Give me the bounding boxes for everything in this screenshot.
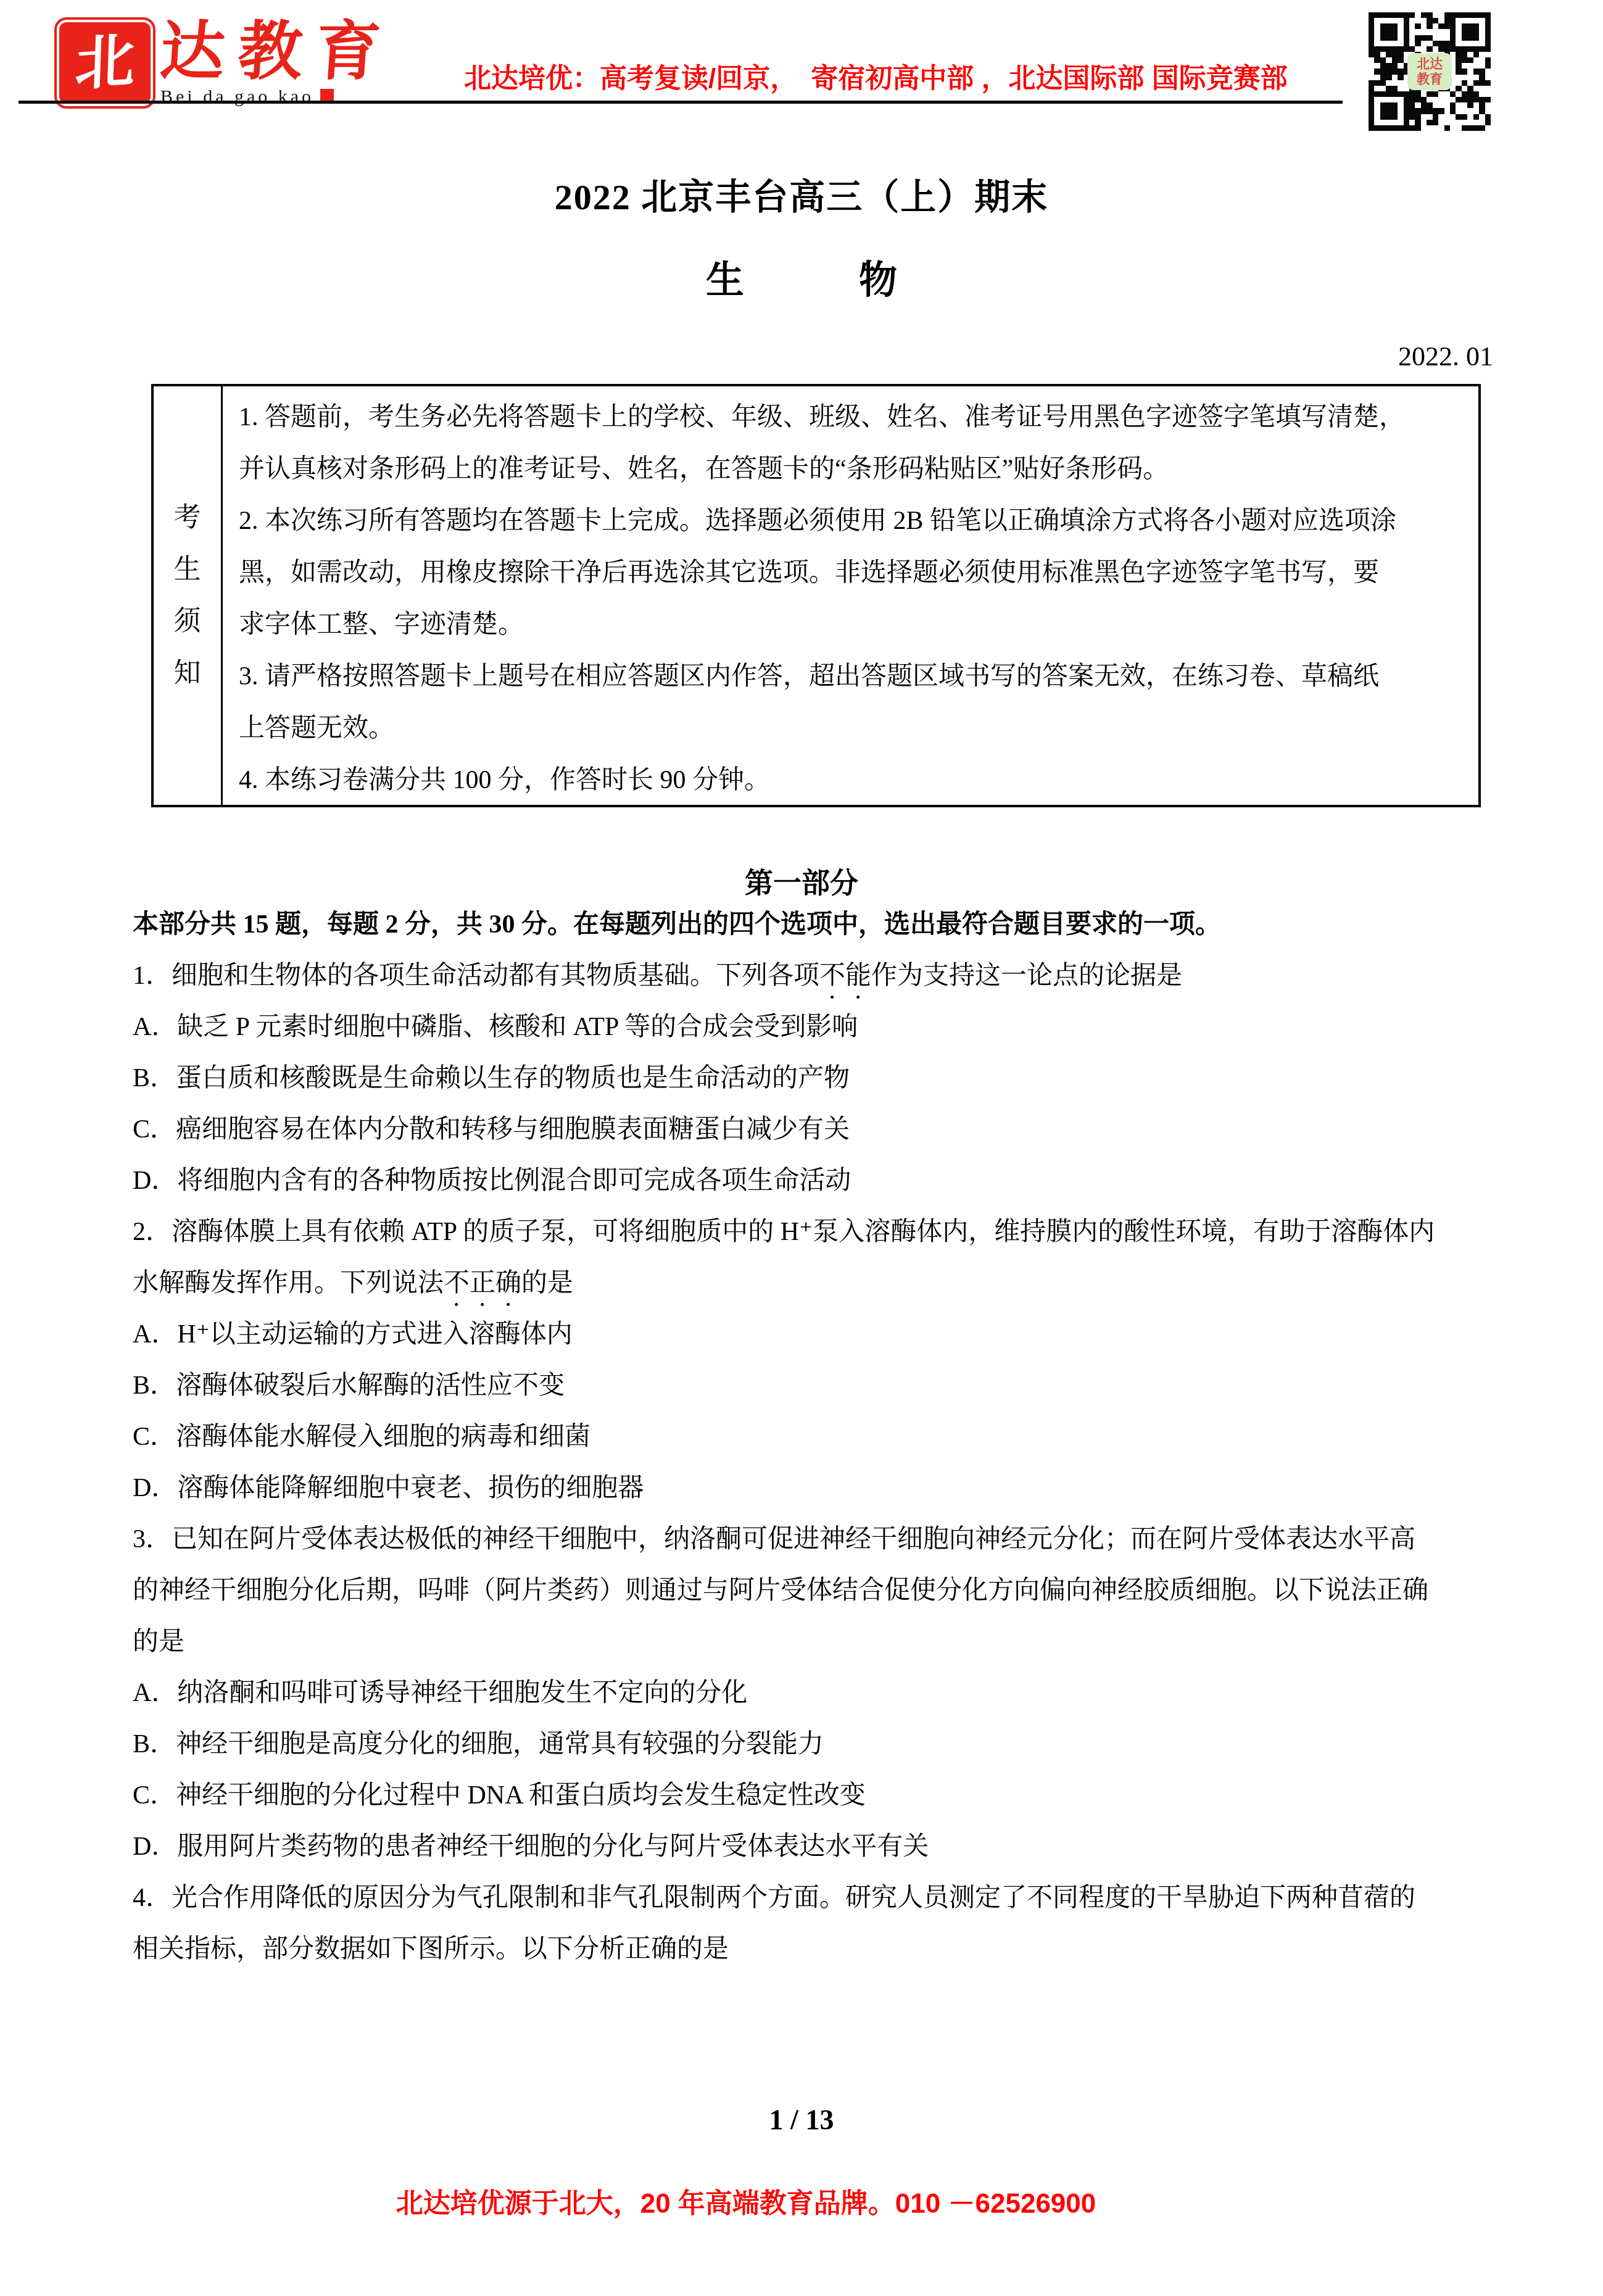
qr-module [1467,86,1473,91]
qr-module [1427,12,1432,18]
qr-module [1473,46,1479,52]
qr-module [1415,35,1420,41]
qr-module [1392,52,1398,57]
qr-module [1473,52,1479,57]
qr-module [1369,23,1374,29]
text-segment: 1．细胞和生物体的各项生命活动都有其物质基础。下列各项 [133,962,819,990]
qr-module [1444,35,1450,41]
qr-module [1479,57,1485,63]
qr-module [1479,120,1485,125]
question-line: 4．光合作用降低的原因分为气孔限制和非气孔限制两个方面。研究人员测定了不同程度的… [133,1873,1517,1924]
qr-module [1438,23,1444,29]
text-segment: D．服用阿片类药物的患者神经干细胞的分化与阿片受体表达水平有关 [133,1832,929,1861]
qr-module [1427,97,1432,102]
text-segment: A．H⁺以主动运输的方式进入溶酶体内 [133,1320,573,1349]
qr-module [1473,57,1479,63]
notice-line: 2. 本次练习所有答题均在答题卡上完成。选择题必须使用 2B 铅笔以正确填涂方式… [239,495,1464,547]
qr-module [1485,35,1491,41]
qr-module [1427,18,1432,23]
header-divider [19,101,1343,104]
question-line: 2．溶酶体膜上具有依赖 ATP 的质子泵，可将细胞质中的 H⁺泵入溶酶体内，维持… [133,1207,1517,1258]
qr-module [1427,35,1432,41]
qr-module [1467,69,1473,74]
qr-module [1433,41,1438,46]
qr-module [1398,35,1403,41]
qr-module [1421,125,1427,131]
qr-module [1467,12,1473,18]
question-line: A．缺乏 P 元素时细胞中磷脂、核酸和 ATP 等的合成会受到影响 [133,1002,1517,1053]
notice-line: 求字体工整、字迹清楚。 [239,599,1464,651]
qr-module [1392,102,1398,108]
qr-module [1374,23,1380,29]
qr-module [1462,120,1467,125]
qr-module [1369,52,1374,57]
qr-module [1479,23,1485,29]
notice-line: 并认真核对条形码上的准考证号、姓名，在答题卡的“条形码粘贴区”贴好条形码。 [239,443,1464,495]
qr-module [1462,75,1467,80]
qr-module [1398,63,1403,69]
subject-title: 生 物 [0,249,1603,304]
qr-module [1374,120,1380,125]
qr-module [1450,114,1456,120]
qr-module [1479,97,1485,102]
qr-module [1456,63,1461,69]
qr-module [1409,120,1415,125]
qr-module [1462,57,1467,63]
qr-module [1467,63,1473,69]
qr-module [1444,46,1450,52]
qr-module [1467,52,1473,57]
question-line: B．蛋白质和核酸既是生命赖以生存的物质也是生命活动的产物 [133,1053,1517,1104]
qr-module [1409,41,1415,46]
qr-module [1369,29,1374,35]
qr-module [1398,18,1403,23]
question-line: C．癌细胞容易在体内分散和转移与细胞膜表面糖蛋白减少有关 [133,1104,1517,1155]
qr-module [1404,23,1409,29]
qr-module [1473,35,1479,41]
qr-module [1392,75,1398,80]
qr-module [1479,35,1485,41]
qr-module [1415,108,1420,114]
qr-module [1374,52,1380,57]
qr-module [1369,125,1374,131]
qr-module [1404,35,1409,41]
qr-module [1456,97,1461,102]
qr-module [1427,46,1432,52]
qr-module [1392,46,1398,52]
qr-module [1386,97,1391,102]
exam-date: 2022. 01 [1398,341,1493,372]
qr-module [1404,120,1409,125]
qr-module [1386,102,1391,108]
beida-logo: 北 达教育 Bei da gao kao [59,22,394,107]
qr-module [1404,108,1409,114]
qr-module [1444,41,1450,46]
qr-module [1374,86,1380,91]
qr-module [1479,80,1485,86]
qr-module [1386,125,1391,131]
qr-module [1456,86,1461,91]
question-line: A．纳洛酮和吗啡可诱导神经干细胞发生不定向的分化 [133,1668,1517,1719]
qr-module [1380,86,1386,91]
qr-module [1462,52,1467,57]
qr-module [1409,12,1415,18]
qr-module [1433,18,1438,23]
qr-module [1456,80,1461,86]
qr-module [1392,80,1398,86]
qr-module [1374,75,1380,80]
qr-module [1467,23,1473,29]
qr-module [1374,18,1380,23]
qr-module [1369,75,1374,80]
qr-module [1433,120,1438,125]
qr-module [1386,46,1391,52]
qr-module [1427,41,1432,46]
header-slogan: 北达培优：高考复读/回京， 寄宿初高中部 ，北达国际部 国际竞赛部 [464,64,1328,94]
qr-module [1421,23,1427,29]
qr-module [1485,86,1491,91]
qr-module [1450,120,1456,125]
qr-module [1433,23,1438,29]
notice-line: 4. 本练习卷满分共 100 分，作答时长 90 分钟。 [239,754,1464,806]
qr-module [1369,108,1374,114]
qr-module [1444,12,1450,18]
qr-module [1462,18,1467,23]
qr-module [1409,35,1415,41]
qr-module [1369,12,1374,18]
qr-module [1479,125,1485,131]
qr-module [1392,29,1398,35]
qr-module [1392,12,1398,18]
question-line: 水解酶发挥作用。下列说法不正确的是 [133,1258,1517,1309]
section-intro: 本部分共 15 题，每题 2 分，共 30 分。在每题列出的四个选项中，选出最符… [133,907,1221,942]
qr-module [1467,97,1473,102]
notice-side-char: 考 [174,504,201,531]
qr-module [1479,86,1485,91]
qr-module [1369,120,1374,125]
qr-module [1479,18,1485,23]
qr-module [1456,29,1461,35]
qr-module [1380,91,1386,97]
qr-module [1462,80,1467,86]
qr-module [1392,23,1398,29]
qr-module [1485,125,1491,131]
text-segment: 作为支持这一论点的论据是 [871,962,1182,990]
qr-module [1450,108,1456,114]
qr-module [1438,46,1444,52]
qr-module [1415,46,1420,52]
qr-module [1456,46,1461,52]
notice-line: 黑，如需改动，用橡皮擦除干净后再选涂其它选项。非选择题必须使用标准黑色字迹签字笔… [239,547,1464,599]
qr-module [1386,63,1391,69]
qr-module [1398,46,1403,52]
qr-module [1450,125,1456,131]
qr-module [1485,75,1491,80]
qr-module [1479,91,1485,97]
qr-module [1450,102,1456,108]
qr-module [1444,102,1450,108]
qr-module [1369,80,1374,86]
qr-module [1473,97,1479,102]
qr-module [1462,35,1467,41]
qr-module [1485,29,1491,35]
qr-module [1409,29,1415,35]
notice-line: 3. 请严格按照答题卡上题号在相应答题区内作答，超出答题区域书写的答案无效，在练… [239,651,1464,702]
question-line: C．溶酶体能水解侵入细胞的病毒和细菌 [133,1412,1517,1463]
logo-pinyin: Bei da gao kao [160,86,394,107]
qr-module [1444,97,1450,102]
qr-module [1380,69,1386,74]
logo-pinyin-text: Bei da gao kao [160,86,314,107]
qr-module [1485,102,1491,108]
qr-module [1479,12,1485,18]
qr-module [1380,52,1386,57]
qr-module [1386,69,1391,74]
qr-module [1398,80,1403,86]
qr-module [1386,23,1391,29]
emphasized-text: 不正确 [444,1269,521,1297]
qr-module [1415,23,1420,29]
qr-module [1438,35,1444,41]
notice-side-char: 生 [174,556,201,583]
qr-module [1438,108,1444,114]
qr-module [1380,125,1386,131]
qr-module [1369,114,1374,120]
qr-module [1386,29,1391,35]
qr-module [1462,114,1467,120]
text-segment: C．癌细胞容易在体内分散和转移与细胞膜表面糖蛋白减少有关 [133,1115,850,1144]
qr-module [1386,114,1391,120]
question-line: 1．细胞和生物体的各项生命活动都有其物质基础。下列各项不能作为支持这一论点的论据… [133,950,1517,1002]
qr-module [1456,12,1461,18]
qr-module [1369,18,1374,23]
qr-module [1392,86,1398,91]
qr-module [1450,23,1456,29]
qr-module [1473,120,1479,125]
qr-module [1456,75,1461,80]
qr-module [1409,23,1415,29]
qr-module [1427,29,1432,35]
qr-module [1380,18,1386,23]
qr-module [1456,69,1461,74]
qr-module [1462,91,1467,97]
qr-module [1415,12,1420,18]
qr-module [1485,80,1491,86]
qr-module [1421,97,1427,102]
exam-page: 北 达教育 Bei da gao kao 北达培优：高考复读/回京， 寄宿初高中… [0,0,1603,2296]
qr-module [1398,29,1403,35]
qr-module [1380,41,1386,46]
qr-module [1462,97,1467,102]
qr-module [1392,18,1398,23]
qr-module [1427,91,1432,97]
qr-module [1456,41,1461,46]
qr-module [1369,63,1374,69]
notice-side-char: 须 [174,608,201,635]
qr-module [1374,69,1380,74]
qr-module [1427,23,1432,29]
qr-module [1467,108,1473,114]
qr-module [1374,41,1380,46]
qr-module [1462,41,1467,46]
notice-line: 上答题无效。 [239,702,1464,754]
qr-module [1485,97,1491,102]
qr-module [1438,41,1444,46]
qr-module [1456,57,1461,63]
qr-module [1374,102,1380,108]
footer-slogan: 北达培优源于北大，20 年高端教育品牌。010 －62526900 [0,2181,1492,2221]
qr-module [1479,63,1485,69]
qr-module [1415,41,1420,46]
qr-module [1456,35,1461,41]
qr-module [1404,18,1409,23]
qr-module [1392,108,1398,114]
qr-module [1444,29,1450,35]
qr-module [1450,35,1456,41]
qr-module [1467,29,1473,35]
qr-module [1392,120,1398,125]
qr-module [1380,35,1386,41]
qr-module [1369,41,1374,46]
qr-module [1485,12,1491,18]
qr-module [1415,97,1420,102]
qr-module [1473,80,1479,86]
qr-module [1473,69,1479,74]
qr-module [1473,75,1479,80]
qr-module [1479,102,1485,108]
text-segment: 2．溶酶体膜上具有依赖 ATP 的质子泵，可将细胞质中的 H⁺泵入溶酶体内，维持… [133,1218,1435,1246]
qr-label-line2: 教育 [1417,72,1443,87]
qr-module [1456,18,1461,23]
qr-module [1467,57,1473,63]
qr-module [1467,41,1473,46]
qr-module [1479,108,1485,114]
qr-module [1386,35,1391,41]
qr-module [1398,86,1403,91]
qr-module [1485,57,1491,63]
page-number: 1 / 13 [0,2103,1603,2136]
qr-module [1369,97,1374,102]
qr-module [1467,114,1473,120]
qr-module [1427,120,1432,125]
qr-module [1398,114,1403,120]
qr-module [1415,91,1420,97]
qr-module [1438,18,1444,23]
qr-module [1398,102,1403,108]
qr-module [1380,97,1386,102]
qr-module [1427,125,1432,131]
qr-module [1467,102,1473,108]
qr-module [1485,63,1491,69]
text-segment: 3．已知在阿片受体表达极低的神经干细胞中，纳洛酮可促进神经干细胞向神经元分化；而… [133,1525,1415,1554]
notice-box: 考生须知 1. 答题前，考生务必先将答题卡上的学校、年级、班级、姓名、准考证号用… [151,384,1481,807]
question-line: 3．已知在阿片受体表达极低的神经干细胞中，纳洛酮可促进神经干细胞向神经元分化；而… [133,1514,1517,1565]
qr-module [1456,125,1461,131]
qr-module [1473,63,1479,69]
qr-module [1467,91,1473,97]
qr-module [1398,91,1403,97]
qr-module [1473,41,1479,46]
qr-module [1479,29,1485,35]
qr-module [1409,18,1415,23]
qr-module [1421,108,1427,114]
qr-module [1473,29,1479,35]
exam-title: 2022 北京丰台高三（上）期末 [0,168,1603,220]
qr-module [1467,18,1473,23]
qr-module [1380,29,1386,35]
qr-module [1409,108,1415,114]
qr-module [1421,41,1427,46]
qr-module [1450,12,1456,18]
text-segment: 4．光合作用降低的原因分为气孔限制和非气孔限制两个方面。研究人员测定了不同程度的… [133,1884,1415,1912]
qr-module [1415,18,1420,23]
qr-module [1409,91,1415,97]
qr-module [1386,91,1391,97]
qr-module [1386,52,1391,57]
qr-module [1450,46,1456,52]
question-line: D．溶酶体能降解细胞中衰老、损伤的细胞器 [133,1463,1517,1514]
qr-module [1433,46,1438,52]
qr-module [1374,91,1380,97]
qr-module [1473,125,1479,131]
logo-text-block: 达教育 Bei da gao kao [160,22,394,107]
qr-module [1404,91,1409,97]
qr-module [1398,12,1403,18]
qr-module [1433,29,1438,35]
qr-module [1433,114,1438,120]
qr-module [1374,12,1380,18]
text-segment: B．溶酶体破裂后水解酶的活性应不变 [133,1371,565,1400]
question-line: B．神经干细胞是高度分化的细胞，通常具有较强的分裂能力 [133,1719,1517,1770]
qr-module [1398,57,1403,63]
qr-module [1438,91,1444,97]
qr-module [1404,114,1409,120]
qr-module [1398,52,1403,57]
qr-module [1380,12,1386,18]
qr-module [1444,108,1450,114]
qr-module [1415,102,1420,108]
text-segment: 相关指标，部分数据如下图所示。以下分析正确的是 [133,1935,729,1963]
qr-module [1380,108,1386,114]
qr-module [1374,108,1380,114]
qr-module [1369,69,1374,74]
qr-module [1380,75,1386,80]
qr-module [1479,114,1485,120]
qr-module [1444,91,1450,97]
qr-module [1438,120,1444,125]
qr-module [1386,86,1391,91]
qr-module [1415,120,1420,125]
qr-module [1479,41,1485,46]
notice-line: 1. 答题前，考生务必先将答题卡上的学校、年级、班级、姓名、准考证号用黑色字迹签… [239,391,1464,443]
qr-module [1386,41,1391,46]
qr-module [1467,46,1473,52]
qr-module [1456,102,1461,108]
qr-module [1398,108,1403,114]
qr-module [1473,108,1479,114]
qr-module [1386,57,1391,63]
text-segment: C．神经干细胞的分化过程中 DNA 和蛋白质均会发生稳定性改变 [133,1781,866,1810]
qr-module [1421,46,1427,52]
qr-module [1485,46,1491,52]
qr-module [1374,57,1380,63]
text-segment: D．将细胞内含有的各种物质按比例混合即可完成各项生命活动 [133,1167,851,1195]
qr-module [1485,18,1491,23]
qr-module [1404,46,1409,52]
qr-module [1398,97,1403,102]
qr-module [1433,12,1438,18]
qr-module [1404,102,1409,108]
